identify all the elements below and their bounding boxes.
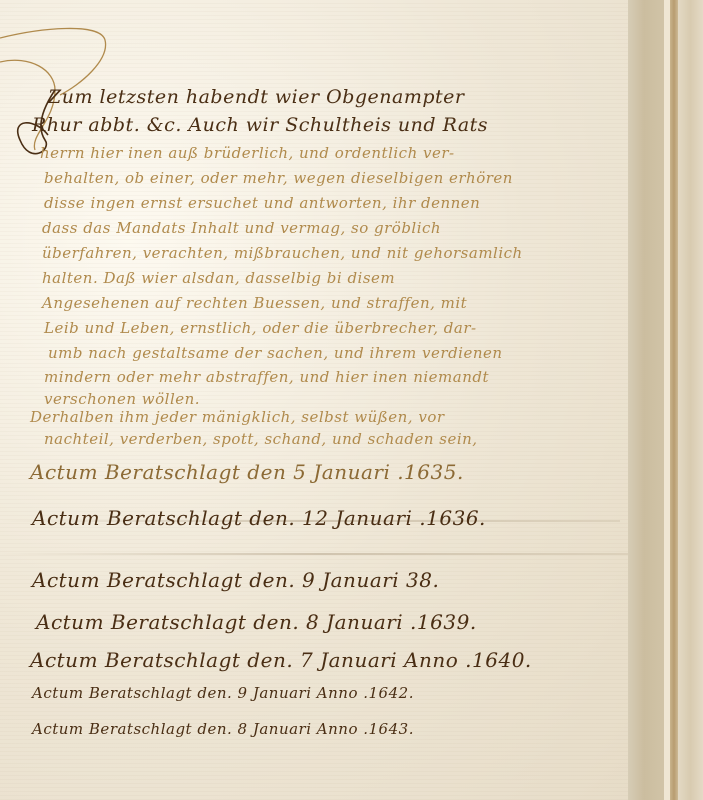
- manuscript-line: Leib und Leben, ernstlich, oder die über…: [44, 319, 477, 337]
- manuscript-line: Zum letzsten habendt wier Obgenampter: [48, 86, 464, 108]
- manuscript-line: überfahren, verachten, mißbrauchen, und …: [42, 244, 523, 262]
- manuscript-line: nachteil, verderben, spott, schand, und …: [44, 430, 478, 448]
- manuscript-line: herrn hier inen auß brüderlich, und orde…: [40, 144, 455, 162]
- torn-page-edge: [628, 0, 668, 800]
- manuscript-line: behalten, ob einer, oder mehr, wegen die…: [44, 169, 513, 187]
- manuscript-page: Zum letzsten habendt wier Obgenampter Rh…: [0, 0, 640, 800]
- initial-flourish-decoration: [0, 0, 200, 220]
- manuscript-line: Rhur abbt. &c. Auch wir Schultheis und R…: [32, 114, 488, 136]
- manuscript-line: umb nach gestaltsame der sachen, und ihr…: [48, 344, 503, 362]
- actum-entry-1640: Actum Beratschlagt den. 7 Januari Anno .…: [30, 648, 532, 672]
- manuscript-line: halten. Daß wier alsdan, dasselbig bi di…: [42, 269, 395, 287]
- manuscript-line: Angesehenen auf rechten Buessen, und str…: [42, 294, 467, 312]
- actum-entry-1635: Actum Beratschlagt den 5 Januari .1635.: [30, 460, 464, 484]
- binding-edge: [678, 0, 703, 800]
- manuscript-line: verschonen wöllen.: [44, 390, 200, 408]
- manuscript-line: Derhalben ihm jeder mänigklich, selbst w…: [30, 408, 445, 426]
- actum-entry-1642: Actum Beratschlagt den. 9 Januari Anno .…: [32, 684, 414, 702]
- paper-fold-crease: [0, 553, 640, 555]
- manuscript-line: dass das Mandats Inhalt und vermag, so g…: [42, 219, 441, 237]
- actum-entry-1643: Actum Beratschlagt den. 8 Januari Anno .…: [32, 720, 414, 738]
- actum-entry-1639: Actum Beratschlagt den. 8 Januari .1639.: [36, 610, 477, 634]
- actum-entry-1636: Actum Beratschlagt den. 12 Januari .1636…: [32, 506, 486, 530]
- actum-entry-1638: Actum Beratschlagt den. 9 Januari 38.: [32, 568, 439, 592]
- manuscript-line: mindern oder mehr abstraffen, und hier i…: [44, 368, 489, 386]
- page-stack-edge: [670, 0, 678, 800]
- manuscript-line: disse ingen ernst ersuchet und antworten…: [44, 194, 480, 212]
